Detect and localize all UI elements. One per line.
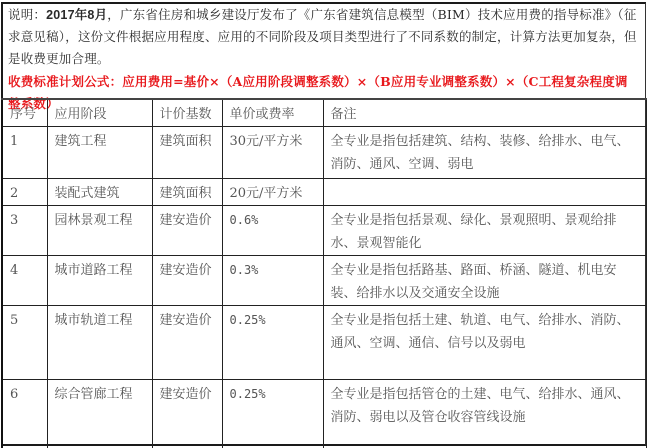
cell-rate: 0.6% — [222, 206, 323, 256]
cell-stage: 园林景观工程 — [47, 206, 152, 256]
header-base: 计价基数 — [152, 99, 222, 127]
table-row: 4 城市道路工程 建安造价 0.3% 全专业是指包括路基、路面、桥涵、隧道、机电… — [2, 256, 647, 306]
header-no: 序号 — [2, 99, 47, 127]
cell-base: 建安造价 — [152, 306, 222, 380]
cell-stage: 建筑工程 — [47, 127, 152, 179]
cell-stage: 城市轨道工程 — [47, 306, 152, 380]
cell-no: 5 — [2, 306, 47, 380]
cell-no: 1 — [2, 127, 47, 179]
header-rate: 单价或费率 — [222, 99, 323, 127]
table-row: 1 建筑工程 建筑面积 30元/平方米 全专业是指包括建筑、结构、装修、给排水、… — [2, 127, 647, 179]
table-row: 2 装配式建筑 建筑面积 20元/平方米 — [2, 179, 647, 206]
cell-base: 建筑面积 — [152, 127, 222, 179]
cell-no: 4 — [2, 256, 47, 306]
cell-no: 6 — [2, 380, 47, 448]
table-row: 6 综合管廊工程 建安造价 0.25% 全专业是指包括管仓的土建、电气、给排水、… — [2, 380, 647, 448]
cell-rate: 0.25% — [222, 380, 323, 448]
cell-note — [323, 179, 647, 206]
cell-note: 全专业是指包括管仓的土建、电气、给排水、通风、消防、弱电以及管仓收容管线设施 — [323, 380, 647, 448]
intro-date: 2017年8月 — [46, 8, 107, 22]
cell-stage: 装配式建筑 — [47, 179, 152, 206]
intro-paragraph: 说明：2017年8月，广东省住房和城乡建设厅发布了《广东省建筑信息模型（BIM）… — [8, 4, 640, 70]
table-row: 3 园林景观工程 建安造价 0.6% 全专业是指包括景观、绿化、景观照明、景观给… — [2, 206, 647, 256]
header-stage: 应用阶段 — [47, 99, 152, 127]
cell-note: 全专业是指包括景观、绿化、景观照明、景观给排水、景观智能化 — [323, 206, 647, 256]
cell-rate: 0.3% — [222, 256, 323, 306]
intro-prefix: 说明： — [8, 7, 46, 22]
cell-rate: 30元/平方米 — [222, 127, 323, 179]
cell-note: 全专业是指包括土建、轨道、电气、给排水、消防、通风、空调、通信、信号以及弱电 — [323, 306, 647, 380]
cell-base: 建安造价 — [152, 206, 222, 256]
cell-note: 全专业是指包括建筑、结构、装修、给排水、电气、消防、通风、空调、弱电 — [323, 127, 647, 179]
cell-rate: 20元/平方米 — [222, 179, 323, 206]
cell-stage: 城市道路工程 — [47, 256, 152, 306]
fee-standard-table: 序号 应用阶段 计价基数 单价或费率 备注 1 建筑工程 建筑面积 30元/平方… — [1, 98, 647, 448]
cell-stage: 综合管廊工程 — [47, 380, 152, 448]
table-header-row: 序号 应用阶段 计价基数 单价或费率 备注 — [2, 99, 647, 127]
cell-rate: 0.25% — [222, 306, 323, 380]
cell-base: 建筑面积 — [152, 179, 222, 206]
cell-no: 3 — [2, 206, 47, 256]
table-row: 5 城市轨道工程 建安造价 0.25% 全专业是指包括土建、轨道、电气、给排水、… — [2, 306, 647, 380]
cell-no: 2 — [2, 179, 47, 206]
cell-base: 建安造价 — [152, 380, 222, 448]
cell-base: 建安造价 — [152, 256, 222, 306]
header-note: 备注 — [323, 99, 647, 127]
cell-note: 全专业是指包括路基、路面、桥涵、隧道、机电安装、给排水以及交通安全设施 — [323, 256, 647, 306]
